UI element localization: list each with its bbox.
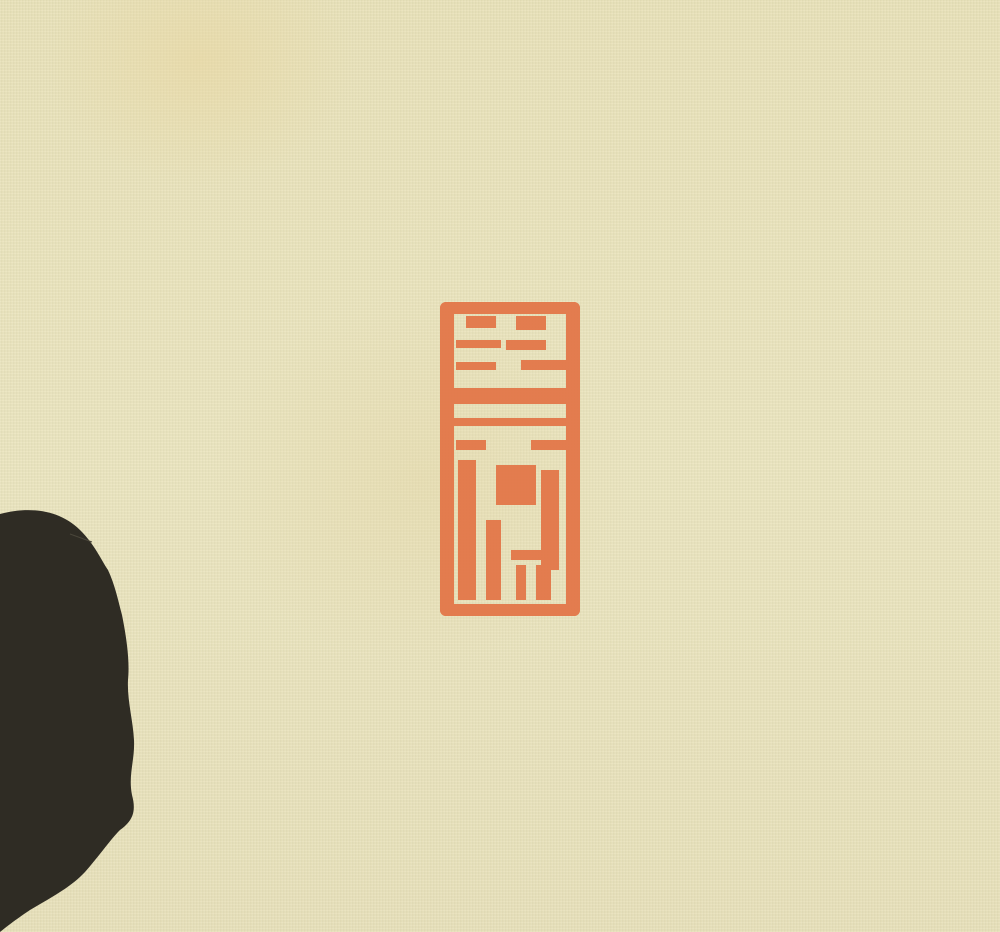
red-seal-stamp — [436, 300, 584, 620]
ink-brush-stroke — [0, 500, 145, 932]
